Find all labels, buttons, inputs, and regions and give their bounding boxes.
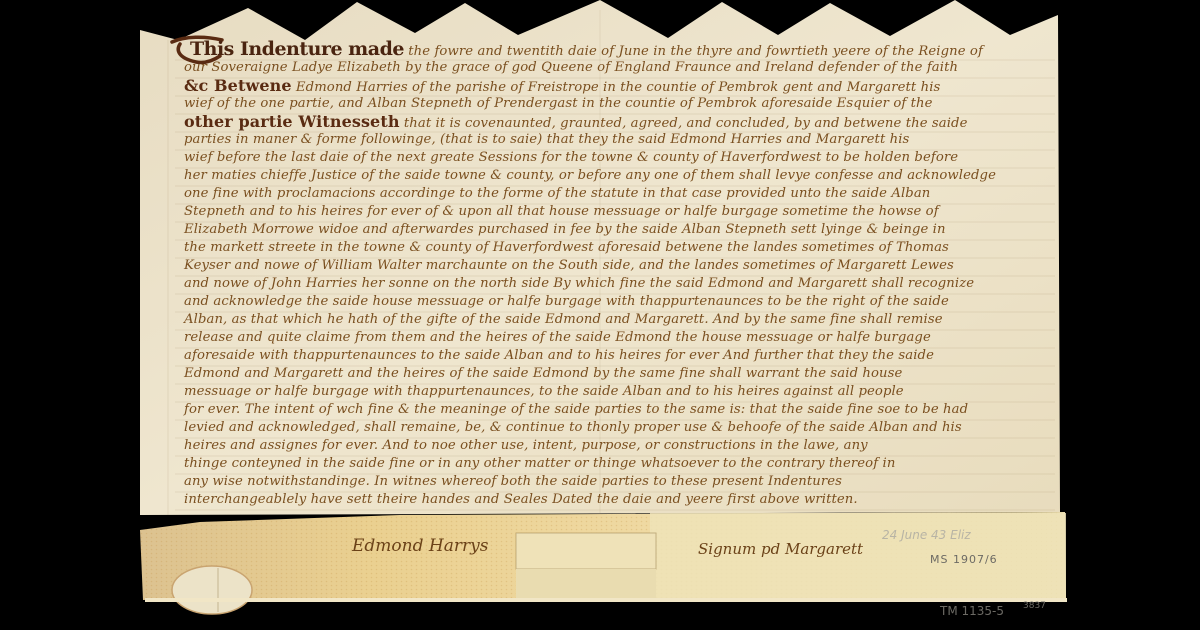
text-line-14: and nowe of John Harries her sonne on th… [184,275,974,293]
text-line-21: for ever. The intent of wch fine & the m… [184,401,968,419]
small-reference-number: 3837 [1023,601,1046,611]
text-line-7: wief before the last daie of the next gr… [184,149,958,167]
pencil-date-note: 24 June 43 Eliz [882,528,971,542]
seal-tag-hole [172,566,252,614]
signature-edmond-harrys: Edmond Harrys [352,536,488,556]
opening-heading: This Indenture made [190,38,404,60]
text-line-26: interchangeablely have sett theire hande… [184,491,858,509]
text-line-5: other partie Witnesseth that it is coven… [184,113,968,133]
ms-number: MS 1907/6 [930,553,998,566]
text-line-22: levied and acknowledged, shall remaine, … [184,419,962,437]
catalogue-number: TM 1135-5 [940,604,1004,618]
text-line-6: parties in maner & forme followinge, (th… [184,131,909,149]
text-line-15: and acknowledge the saide house messuage… [184,293,949,311]
text-line-1: This Indenture made the fowre and twenti… [190,40,983,61]
text-line-13: Keyser and nowe of William Walter marcha… [184,257,954,275]
text-line-23: heires and assignes for ever. And to noe… [184,437,868,455]
text-line-2: our Soveraigne Ladye Elizabeth by the gr… [184,59,958,77]
text-line-10: Stepneth and to his heires for ever of &… [184,203,939,221]
text-line-9: one fine with proclamacions accordinge t… [184,185,930,203]
signature-margarett-mark: Signum pd Margarett [698,540,863,558]
text-line-20: messuage or halfe burgage with thappurte… [184,383,904,401]
text-line-12: the markett streete in the towne & count… [184,239,949,257]
signature-box [516,533,656,569]
text-line-11: Elizabeth Morrowe widoe and afterwardes … [184,221,946,239]
text-line-16: Alban, as that which he hath of the gift… [184,311,943,329]
text-line-17: release and quite claime from them and t… [184,329,931,347]
text-line-18: aforesaide with thappurtenaunces to the … [184,347,934,365]
indenture-document: This Indenture made the fowre and twenti… [0,0,1200,630]
text-line-3: &c Betwene Edmond Harries of the parishe… [184,77,940,97]
text-line-4: wief of the one partie, and Alban Stepne… [184,95,933,113]
text-line-19: Edmond and Margarett and the heires of t… [184,365,902,383]
text-line-25: any wise notwithstandinge. In witnes whe… [184,473,842,491]
text-line-24: thinge conteyned in the saide fine or in… [184,455,895,473]
text-line-8: her maties chieffe Justice of the saide … [184,167,996,185]
